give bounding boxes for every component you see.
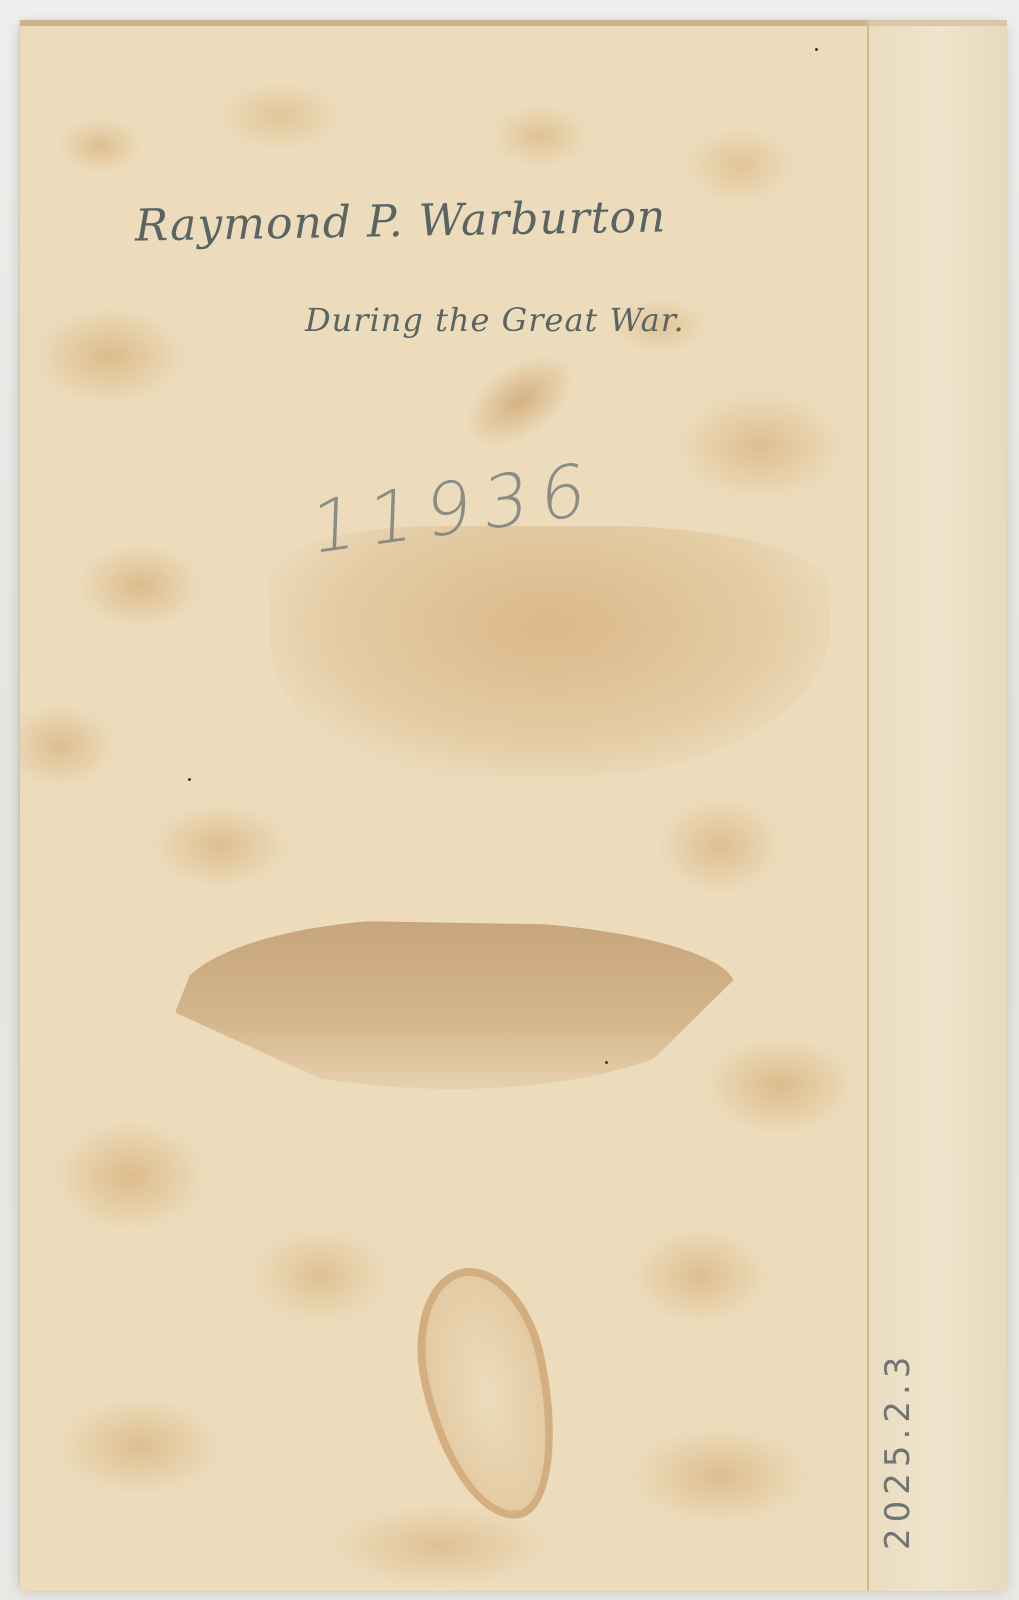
oval-stain [400,1256,576,1533]
pencil-catalog-number: 11936 [310,445,599,570]
inscription-name: Raymond P. Warburton [135,191,667,251]
stain-streak [451,338,589,464]
inscription-subtitle: During the Great War. [305,301,685,339]
back-cover: Raymond P. Warburton During the Great Wa… [20,20,867,1591]
accession-number: 2025.2.3 [878,1351,918,1550]
booklet: Raymond P. Warburton During the Great Wa… [20,20,1005,1585]
ink-speck [815,48,818,51]
tape-residue-stain [175,919,735,1089]
ink-speck [605,1061,608,1064]
ink-speck [188,778,191,781]
